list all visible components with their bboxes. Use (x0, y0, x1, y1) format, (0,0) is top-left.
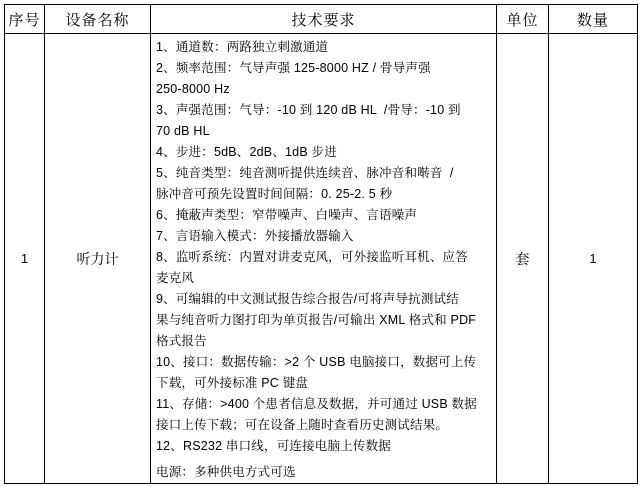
tech-requirement-line: 格式报告 (156, 331, 491, 352)
tech-requirement-line: 果与纯音听力图打印为单页报告/可输出 XML 格式和 PDF (156, 310, 491, 331)
row-index-cell: 1 (5, 34, 45, 484)
tech-requirement-line: 7、言语输入模式：外接播放器输入 (156, 226, 491, 247)
device-name-cell: 听力计 (45, 34, 151, 484)
tech-requirement-line: 250-8000 Hz (156, 79, 491, 100)
unit-cell: 套 (497, 34, 549, 484)
header-cell-unit: 单位 (497, 5, 549, 34)
tech-requirement-line: 9、可编辑的中文测试报告综合报告/可将声导抗测试结 (156, 289, 491, 310)
tech-requirement-line: 接口上传下载；可在设备上随时查看历史测试结果。 (156, 415, 491, 436)
tech-requirements-cell: 1、通道数：两路独立刺激通道2、频率范围：气导声强 125-8000 HZ / … (151, 34, 497, 484)
tech-requirement-line: 6、掩蔽声类型：窄带噪声、白噪声、言语噪声 (156, 205, 491, 226)
tech-requirement-line: 电源：多种供电方式可选 (156, 462, 491, 483)
tech-requirement-line: 1、通道数：两路独立刺激通道 (156, 37, 491, 58)
header-row: 序号 设备名称 技术要求 单位 数量 (5, 5, 638, 34)
tech-requirement-line: 3、声强范围：气导：-10 到 120 dB HL /骨导：-10 到 (156, 100, 491, 121)
tech-requirement-line: 11、存储：>400 个患者信息及数据，并可通过 USB 数据 (156, 394, 491, 415)
header-cell-device-name: 设备名称 (45, 5, 151, 34)
header-cell-index: 序号 (5, 5, 45, 34)
quantity-cell: 1 (549, 34, 638, 484)
tech-requirement-line: 10、接口：数据传输：>2 个 USB 电脑接口，数据可上传 (156, 352, 491, 373)
tech-requirement-line: 8、监听系统：内置对讲麦克风，可外接监听耳机、应答 (156, 247, 491, 268)
document-page: 序号 设备名称 技术要求 单位 数量 1 听力计 1、通道数：两路独立刺激通道2… (0, 0, 641, 487)
header-cell-quantity: 数量 (549, 5, 638, 34)
table-row: 1 听力计 1、通道数：两路独立刺激通道2、频率范围：气导声强 125-8000… (5, 34, 638, 484)
tech-requirement-line: 12、RS232 串口线，可连接电脑上传数据 (156, 436, 491, 457)
tech-requirement-line: 70 dB HL (156, 121, 491, 142)
equipment-spec-table: 序号 设备名称 技术要求 单位 数量 1 听力计 1、通道数：两路独立刺激通道2… (4, 4, 638, 484)
tech-requirement-line: 2、频率范围：气导声强 125-8000 HZ / 骨导声强 (156, 58, 491, 79)
tech-requirement-line: 4、步进：5dB、2dB、1dB 步进 (156, 142, 491, 163)
tech-requirement-line: 脉冲音可预先设置时间间隔：0. 25-2. 5 秒 (156, 184, 491, 205)
tech-requirement-line: 下载，可外接标准 PC 键盘 (156, 373, 491, 394)
header-cell-tech-requirements: 技术要求 (151, 5, 497, 34)
tech-requirement-line: 麦克风 (156, 268, 491, 289)
tech-requirement-line: 5、纯音类型：纯音测听提供连续音、脉冲音和啭音 / (156, 163, 491, 184)
